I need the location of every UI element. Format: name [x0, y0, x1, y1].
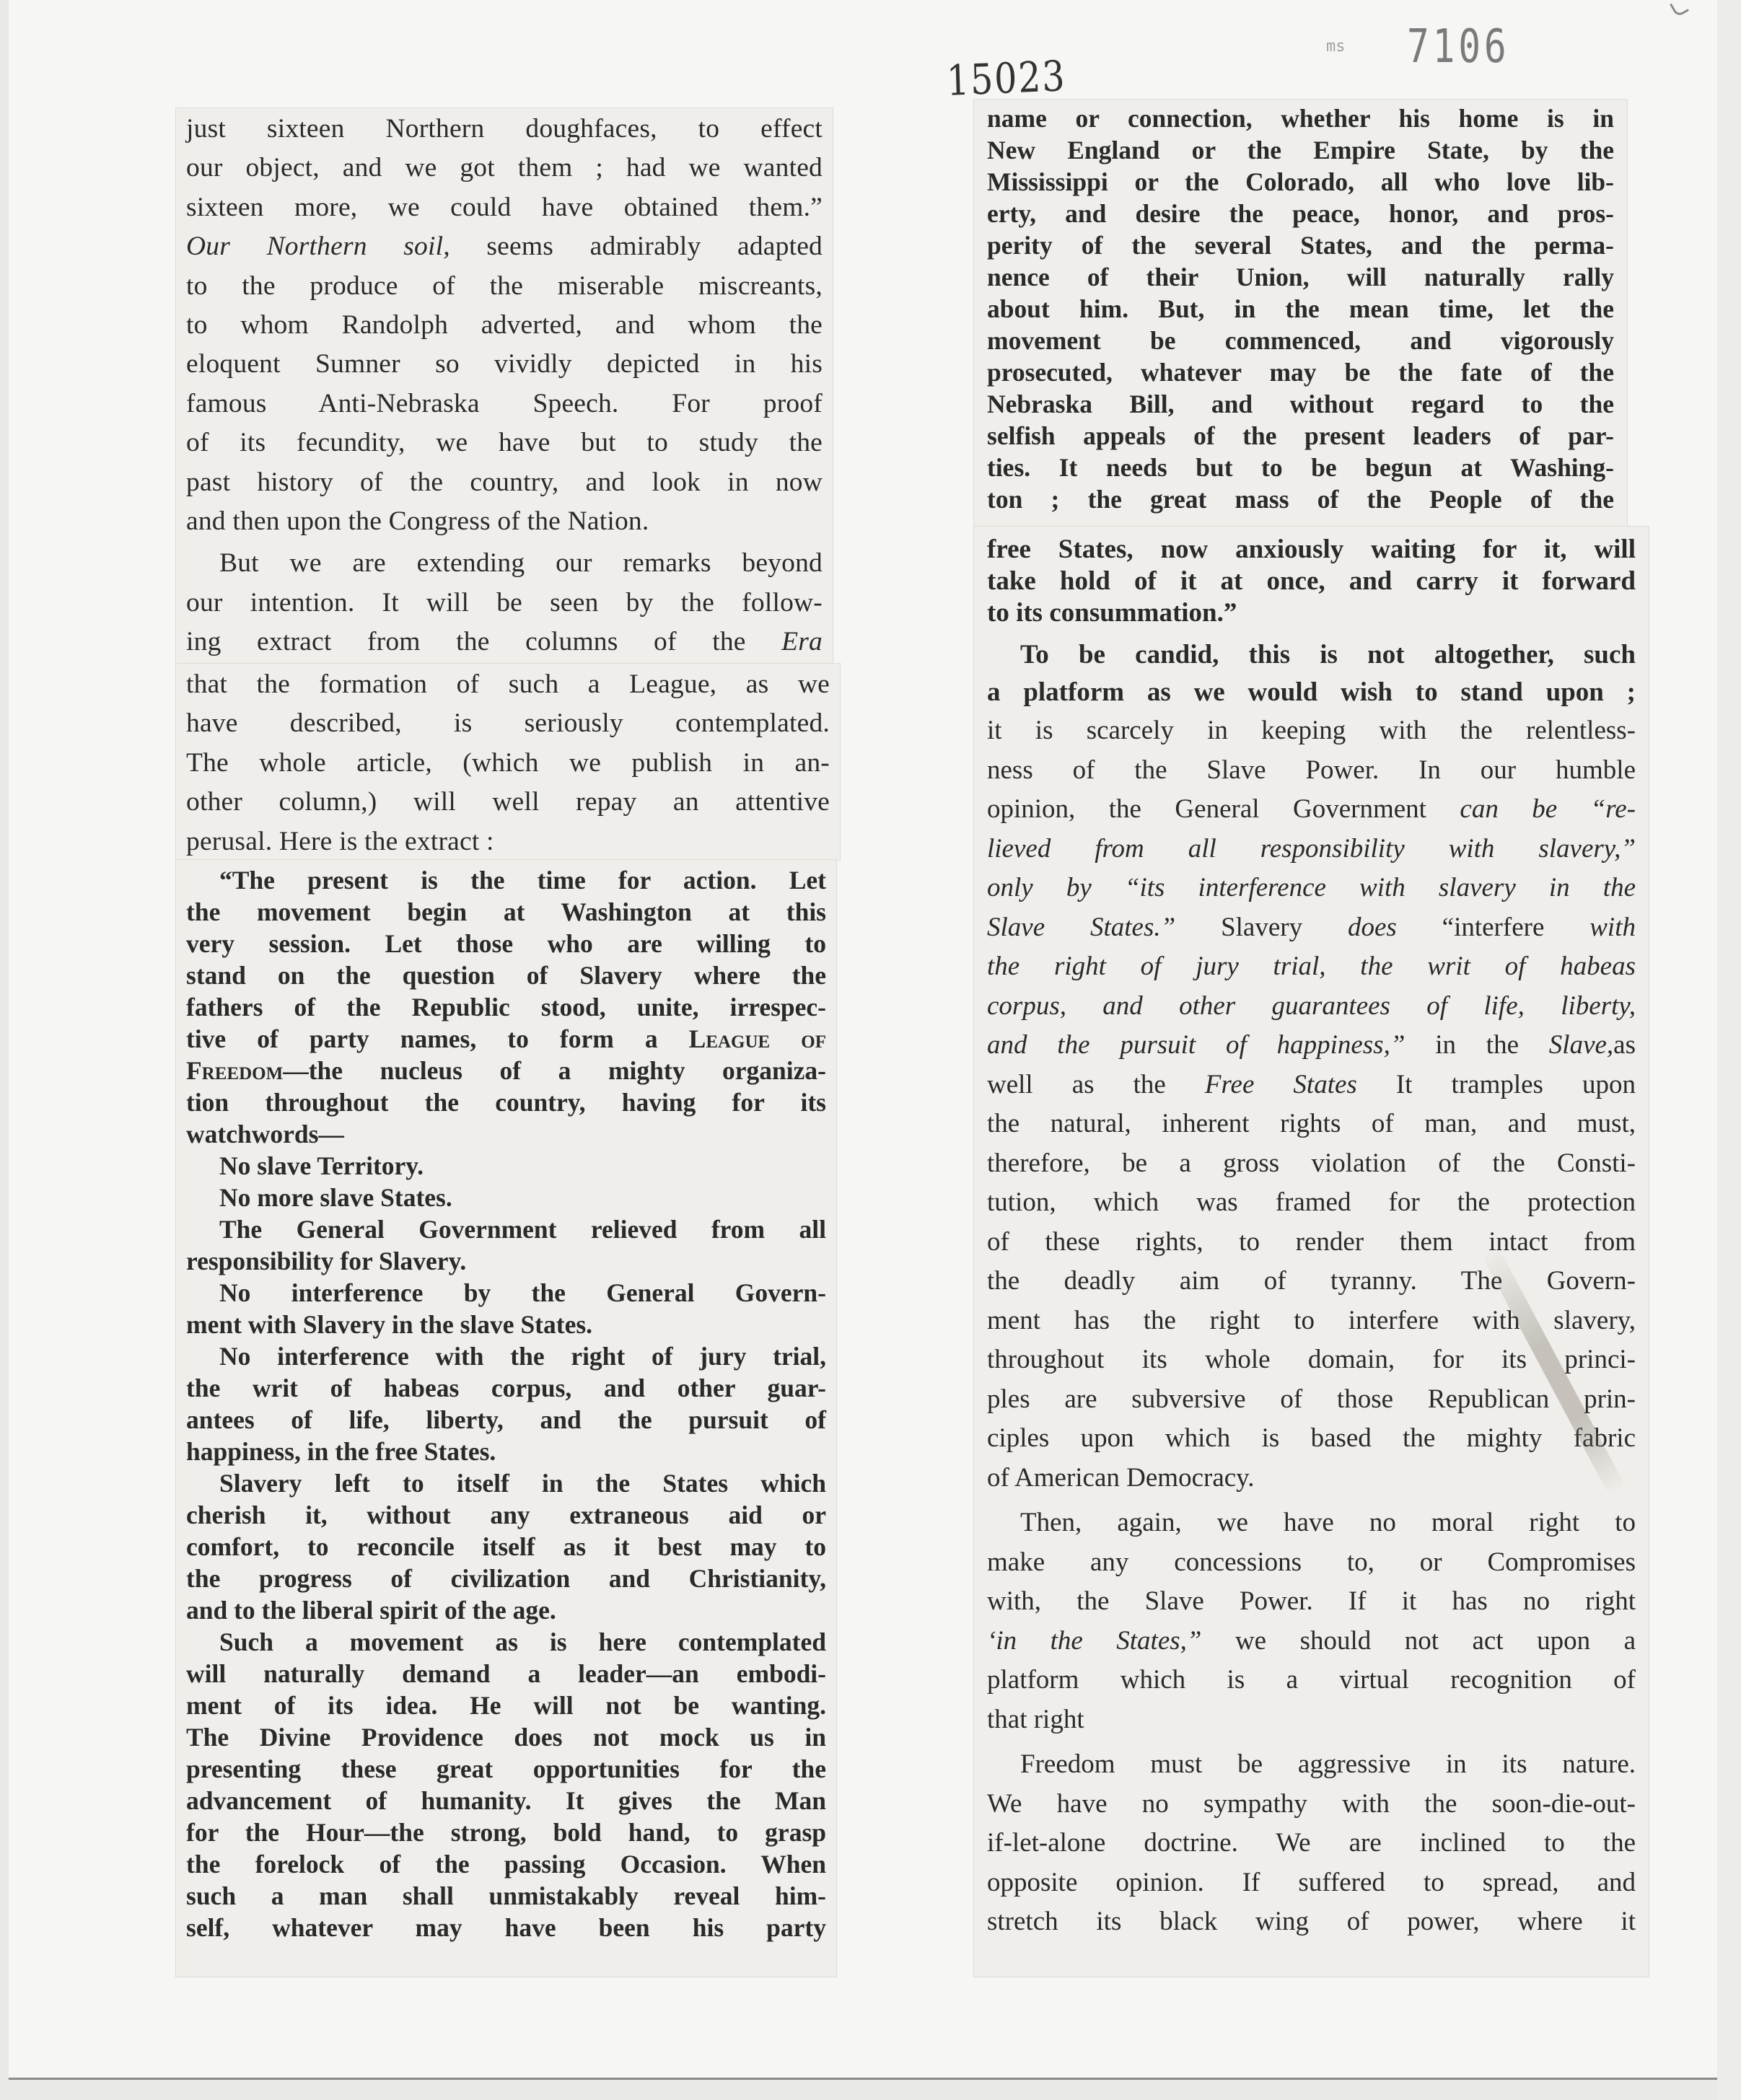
league-of-freedom-smallcaps: League of — [689, 1024, 826, 1053]
watchword-line: No interference by the General Govern- — [186, 1277, 826, 1309]
right-clip1-text: name or connection, whether his home is … — [987, 100, 1614, 515]
editorial-line: a platform as we would wish to stand upo… — [987, 674, 1636, 711]
article-line: just sixteen Northern doughfaces, to eff… — [186, 110, 823, 149]
watchword-line: No more slave States. — [186, 1182, 826, 1213]
article-line: of its fecundity, we have but to study t… — [186, 423, 823, 462]
article-line: to the produce of the miserable miscrean… — [186, 267, 823, 306]
article-line: sixteen more, we could have obtained the… — [186, 188, 823, 227]
article-line: Nebraska Bill, and without regard to the — [987, 388, 1614, 420]
extract-line: the movement begin at Washington at this — [186, 896, 826, 928]
article-line: eloquent Sumner so vividly depicted in h… — [186, 345, 823, 384]
right-clipping-2: free States, now anxiously waiting for i… — [974, 527, 1649, 1977]
editorial-line: only by “its interference with slavery i… — [987, 869, 1636, 908]
left-clipping-1: just sixteen Northern doughfaces, to eff… — [176, 108, 833, 664]
article-line: erty, and desire the peace, honor, and p… — [987, 198, 1614, 229]
editorial-line: ciples upon which is based the mighty fa… — [987, 1419, 1636, 1459]
catalog-prefix-stamp: ms — [1326, 38, 1346, 56]
left-clip3-text: “The present is the time for action. Let… — [186, 860, 826, 1943]
article-line: selfish appeals of the present leaders o… — [987, 420, 1614, 452]
editorial-line: ples are subversive of those Republican … — [987, 1380, 1636, 1420]
watchword-line: for the Hour—the strong, bold hand, to g… — [186, 1816, 826, 1848]
article-line: to whom Randolph adverted, and whom the — [186, 306, 823, 345]
editorial-line: ‘in the States,” we should not act upon … — [987, 1622, 1636, 1661]
extract-line: tion throughout the country, having for … — [186, 1086, 826, 1118]
watchword-line: and to the liberal spirit of the age. — [186, 1594, 826, 1626]
editorial-line: it is scarcely in keeping with the relen… — [987, 711, 1636, 751]
editorial-line: Then, again, we have no moral right to — [987, 1503, 1636, 1543]
watchword-line: comfort, to reconcile itself as it best … — [186, 1531, 826, 1563]
watchword-line: happiness, in the free States. — [186, 1436, 826, 1467]
scan-background-edge — [1717, 0, 1741, 2100]
editorial-line: We have no sympathy with the soon-die-ou… — [987, 1785, 1636, 1824]
left-clip2-text: that the formation of such a League, as … — [186, 664, 830, 861]
article-line: that the formation of such a League, as … — [186, 665, 830, 704]
watchword-line: will naturally demand a leader—an embodi… — [186, 1658, 826, 1690]
editorial-line: and the pursuit of happiness,” in the Sl… — [987, 1026, 1636, 1066]
watchword-line: The Divine Providence does not mock us i… — [186, 1721, 826, 1753]
article-line: have described, is seriously contemplate… — [186, 704, 830, 743]
editorial-line: make any concessions to, or Compromises — [987, 1543, 1636, 1583]
editorial-line: stretch its black wing of power, where i… — [987, 1902, 1636, 1942]
editorial-line: of American Democracy. — [987, 1459, 1636, 1498]
article-line: ton ; the great mass of the People of th… — [987, 483, 1614, 515]
handwritten-item-number: 15023 — [946, 51, 1066, 105]
watchword-line: No slave Territory. — [186, 1150, 826, 1182]
article-line: our intention. It will be seen by the fo… — [186, 584, 823, 623]
extract-line: very session. Let those who are willing … — [186, 928, 826, 959]
extract-line: “The present is the time for action. Let — [186, 864, 826, 896]
editorial-line: opposite opinion. If suffered to spread,… — [987, 1863, 1636, 1903]
editorial-line: the natural, inherent rights of man, and… — [987, 1104, 1636, 1144]
editorial-line: To be candid, this is not altogether, su… — [987, 636, 1636, 674]
watchword-line: responsibility for Slavery. — [186, 1245, 826, 1277]
watchword-line: antees of life, liberty, and the pursuit… — [186, 1404, 826, 1436]
watchword-line: the writ of habeas corpus, and other gua… — [186, 1372, 826, 1404]
article-line: about him. But, in the mean time, let th… — [987, 293, 1614, 325]
extract-line: fathers of the Republic stood, unite, ir… — [186, 991, 826, 1023]
extract-line: free States, now anxiously waiting for i… — [987, 534, 1636, 566]
editorial-line: lieved from all responsibility with slav… — [987, 830, 1636, 869]
article-line: prosecuted, whatever may be the fate of … — [987, 356, 1614, 388]
editorial-line: the right of jury trial, the writ of hab… — [987, 947, 1636, 987]
editorial-line: well as the Free States It tramples upon — [987, 1066, 1636, 1105]
left-clipping-2: that the formation of such a League, as … — [176, 664, 840, 860]
article-line: nence of their Union, will naturally ral… — [987, 261, 1614, 293]
extract-line: watchwords— — [186, 1118, 826, 1150]
article-line: But we are extending our remarks beyond — [186, 544, 823, 583]
editorial-line: corpus, and other guarantees of life, li… — [987, 987, 1636, 1027]
right-clip2-text: free States, now anxiously waiting for i… — [987, 527, 1636, 1942]
freedom-smallcaps: Freedom — [186, 1056, 283, 1085]
article-line: our object, and we got them ; had we wan… — [186, 149, 823, 188]
article-line: other column,) will well repay an attent… — [186, 783, 830, 822]
editorial-line: Slave States.” Slavery does “interfere w… — [987, 908, 1636, 948]
editorial-line: therefore, be a gross violation of the C… — [987, 1144, 1636, 1184]
editorial-line: with, the Slave Power. If it has no righ… — [987, 1582, 1636, 1622]
catalog-number-stamp: 7106 — [1407, 20, 1510, 74]
article-line: ing extract from the columns of the Era — [186, 623, 823, 662]
article-line: name or connection, whether his home is … — [987, 102, 1614, 134]
article-line: famous Anti-Nebraska Speech. For proof — [186, 385, 823, 423]
watchword-line: ment of its idea. He will not be wanting… — [186, 1690, 826, 1721]
editorial-line: platform which is a virtual recognition … — [987, 1661, 1636, 1700]
extract-line: tive of party names, to form a League of — [186, 1023, 826, 1055]
article-line: past history of the country, and look in… — [186, 463, 823, 502]
article-line: New England or the Empire State, by the — [987, 134, 1614, 166]
watchword-line: The General Government relieved from all — [186, 1213, 826, 1245]
watchword-line: the progress of civilization and Christi… — [186, 1563, 826, 1594]
editorial-line: if-let-alone doctrine. We are inclined t… — [987, 1824, 1636, 1863]
editorial-line: the deadly aim of tyranny. The Govern- — [987, 1262, 1636, 1301]
article-line: Our Northern soil, seems admirably adapt… — [186, 227, 823, 266]
left-clip1-text: just sixteen Northern doughfaces, to eff… — [186, 108, 823, 662]
article-line: movement be commenced, and vigorously — [987, 325, 1614, 356]
article-line: The whole article, (which we publish in … — [186, 744, 830, 783]
article-line: ties. It needs but to be begun at Washin… — [987, 452, 1614, 483]
watchword-line: self, whatever may have been his party — [186, 1912, 826, 1943]
left-clipping-3-extract: “The present is the time for action. Let… — [176, 860, 836, 1977]
article-line: and then upon the Congress of the Nation… — [186, 502, 823, 541]
article-line: perusal. Here is the extract : — [186, 822, 830, 861]
editorial-line: ness of the Slave Power. In our humble — [987, 751, 1636, 791]
watchword-line: No interference with the right of jury t… — [186, 1340, 826, 1372]
right-clipping-1: name or connection, whether his home is … — [974, 100, 1627, 527]
article-line: Mississippi or the Colorado, all who lov… — [987, 166, 1614, 198]
watchword-line: the forelock of the passing Occasion. Wh… — [186, 1848, 826, 1880]
extract-line: to its consummation.” — [987, 597, 1636, 629]
extract-line: Freedom—the nucleus of a mighty organiza… — [186, 1055, 826, 1086]
watchword-line: cherish it, without any extraneous aid o… — [186, 1499, 826, 1531]
article-line: perity of the several States, and the pe… — [987, 229, 1614, 261]
watchword-line: such a man shall unmistakably reveal him… — [186, 1880, 826, 1912]
editorial-line: Freedom must be aggressive in its nature… — [987, 1745, 1636, 1785]
watchword-line: Slavery left to itself in the States whi… — [186, 1467, 826, 1499]
watchword-line: Such a movement as is here contemplated — [186, 1626, 826, 1658]
watchword-line: ment with Slavery in the slave States. — [186, 1309, 826, 1340]
watchword-line: advancement of humanity. It gives the Ma… — [186, 1785, 826, 1816]
editorial-line: of these rights, to render them intact f… — [987, 1223, 1636, 1262]
extract-line: take hold of it at once, and carry it fo… — [987, 566, 1636, 597]
editorial-line: tution, which was framed for the protect… — [987, 1183, 1636, 1223]
editorial-line: that right — [987, 1700, 1636, 1740]
editorial-line: opinion, the General Government can be “… — [987, 790, 1636, 830]
spacer — [987, 629, 1636, 636]
watchword-line: presenting these great opportunities for… — [186, 1753, 826, 1785]
extract-line: stand on the question of Slavery where t… — [186, 959, 826, 991]
